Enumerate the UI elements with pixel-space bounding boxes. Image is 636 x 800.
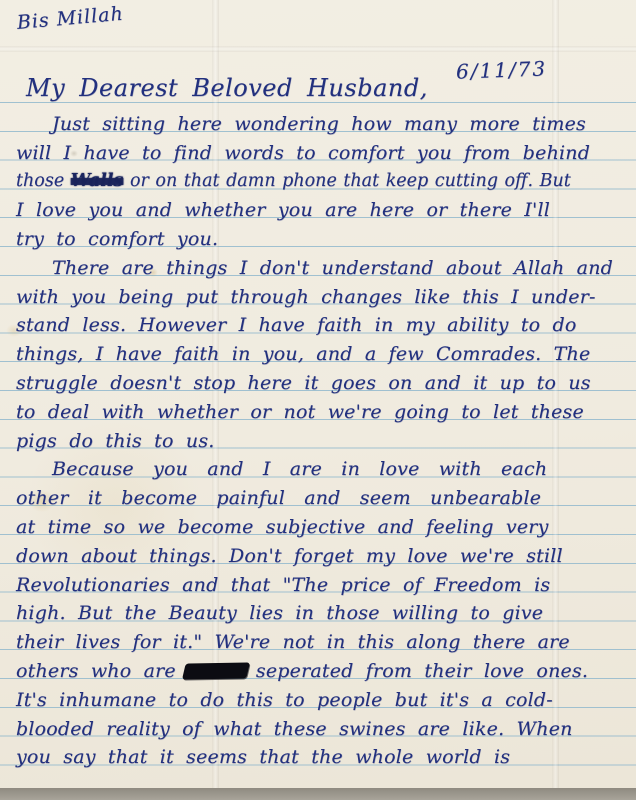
line-text: or on that damn phone that keep cutting …	[123, 171, 570, 191]
letter-line: things, I have faith in you, and a few C…	[16, 341, 628, 368]
letter-line: with you being put through changes like …	[16, 284, 628, 311]
salutation: My Dearest Beloved Husband,	[26, 74, 428, 102]
letter-paper: Bis Millah 6/11/73 My Dearest Beloved Hu…	[0, 0, 636, 788]
paper-bottom-edge	[0, 788, 636, 800]
letter-line: struggle doesn't stop here it goes on an…	[16, 370, 628, 397]
letter-line: high. But the Beauty lies in those willi…	[16, 600, 628, 627]
letter-line: Revolutionaries and that "The price of F…	[16, 572, 628, 599]
line-text: those	[16, 171, 71, 191]
letter-line: at time so we become subjective and feel…	[16, 514, 628, 541]
letter-line: blooded reality of what these swines are…	[16, 716, 628, 743]
letter-line: try to comfort you.	[16, 226, 628, 253]
letter-line: to deal with whether or not we're going …	[16, 399, 628, 426]
letter-line: others who areseperated from their love …	[16, 658, 628, 685]
redacted-word	[182, 662, 250, 679]
letter-line: their lives for it." We're not in this a…	[16, 629, 628, 656]
invocation-text: Bis Millah	[16, 3, 125, 34]
letter-line: It's inhumane to do this to people but i…	[16, 687, 628, 714]
letter-line: down about things. Don't forget my love …	[16, 543, 628, 570]
fold-crease	[0, 46, 636, 52]
letter-line: you say that it seems that the whole wor…	[16, 744, 628, 771]
line-text: others who are	[16, 660, 176, 682]
letter-date: 6/11/73	[456, 56, 548, 83]
letter-line: There are things I don't understand abou…	[52, 255, 636, 282]
letter-line: pigs do this to us.	[16, 428, 628, 455]
letter-line: stand less. However I have faith in my a…	[16, 312, 628, 339]
letter-line: Because you and I are in love with each	[52, 456, 636, 483]
letter-line: will I have to find words to comfort you…	[16, 140, 628, 167]
line-text: seperated from their love ones.	[256, 660, 588, 682]
letter-line: Just sitting here wondering how many mor…	[52, 111, 636, 138]
letter-photo: Bis Millah 6/11/73 My Dearest Beloved Hu…	[0, 0, 636, 800]
letter-line: those Walls or on that damn phone that k…	[16, 168, 628, 195]
scribbled-word: Walls	[71, 171, 124, 191]
letter-line: other it become painful and seem unbeara…	[16, 485, 628, 512]
letter-line: I love you and whether you are here or t…	[16, 197, 628, 224]
